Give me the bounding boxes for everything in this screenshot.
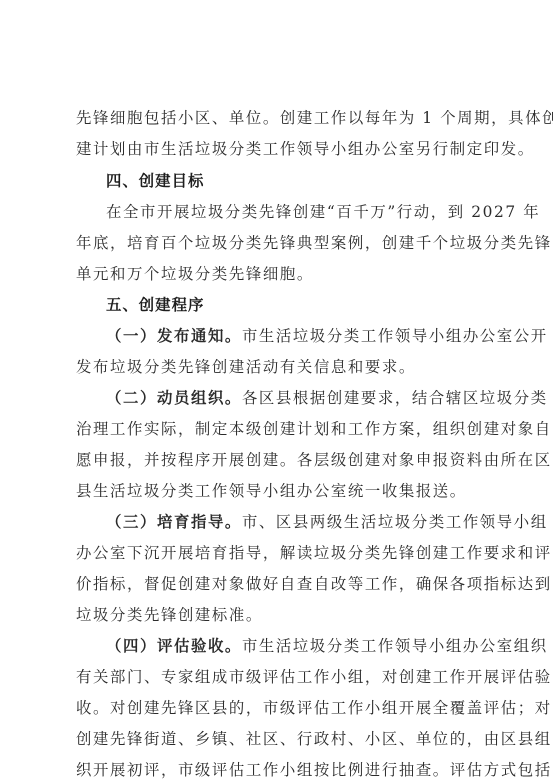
section-heading-goals: 四、创建目标: [106, 171, 204, 191]
paragraph-line: 发布垃圾分类先锋创建活动有关信息和要求。: [76, 357, 490, 377]
paragraph-line: 织开展初评，市级评估工作小组按比例进行抽查。评估方式包括: [76, 760, 490, 780]
item-label: （二）动员组织。: [106, 389, 242, 407]
item-first-line: （四）评估验收。市生活垃圾分类工作领导小组办公室组织: [106, 636, 490, 656]
paragraph-line: 办公室下沉开展培育指导，解读垃圾分类先锋创建工作要求和评: [76, 543, 490, 563]
paragraph-line: 在全市开展垃圾分类先锋创建“百千万”行动，到 2027 年: [106, 202, 490, 222]
paragraph-line: 创建先锋街道、乡镇、社区、行政村、小区、单位的，由区县组: [76, 729, 490, 749]
item-label: （四）评估验收。: [106, 637, 242, 655]
paragraph-line: 愿申报，并按程序开展创建。各层级创建对象申报资料由所在区: [76, 450, 490, 470]
item-label: （三）培育指导。: [106, 513, 242, 531]
item-first-line: （二）动员组织。各区县根据创建要求，结合辖区垃圾分类: [106, 388, 490, 408]
paragraph-line: 垃圾分类先锋创建标准。: [76, 605, 490, 625]
item-text: 市生活垃圾分类工作领导小组办公室组织: [242, 637, 548, 655]
paragraph-line: 单元和万个垃圾分类先锋细胞。: [76, 264, 490, 284]
paragraph-line: 先锋细胞包括小区、单位。创建工作以每年为 1 个周期，具体创: [76, 108, 490, 128]
item-text: 市、区县两级生活垃圾分类工作领导小组: [242, 513, 548, 531]
paragraph-line: 县生活垃圾分类工作领导小组办公室统一收集报送。: [76, 481, 490, 501]
paragraph-line: 收。对创建先锋区县的，市级评估工作小组开展全覆盖评估；对: [76, 698, 490, 718]
item-label: （一）发布通知。: [106, 327, 242, 345]
paragraph-line: 价指标，督促创建对象做好自查自改等工作，确保各项指标达到: [76, 574, 490, 594]
paragraph-line: 治理工作实际，制定本级创建计划和工作方案，组织创建对象自: [76, 419, 490, 439]
document-page: 先锋细胞包括小区、单位。创建工作以每年为 1 个周期，具体创 建计划由市生活垃圾…: [0, 0, 553, 783]
item-first-line: （三）培育指导。市、区县两级生活垃圾分类工作领导小组: [106, 512, 490, 532]
section-heading-procedure: 五、创建程序: [106, 295, 204, 315]
paragraph-line: 年底，培育百个垃圾分类先锋典型案例，创建千个垃圾分类先锋: [76, 233, 490, 253]
paragraph-line: 有关部门、专家组成市级评估工作小组，对创建工作开展评估验: [76, 667, 490, 687]
paragraph-line: 建计划由市生活垃圾分类工作领导小组办公室另行制定印发。: [76, 139, 490, 159]
item-text: 市生活垃圾分类工作领导小组办公室公开: [242, 327, 548, 345]
item-first-line: （一）发布通知。市生活垃圾分类工作领导小组办公室公开: [106, 326, 490, 346]
item-text: 各区县根据创建要求，结合辖区垃圾分类: [242, 389, 548, 407]
